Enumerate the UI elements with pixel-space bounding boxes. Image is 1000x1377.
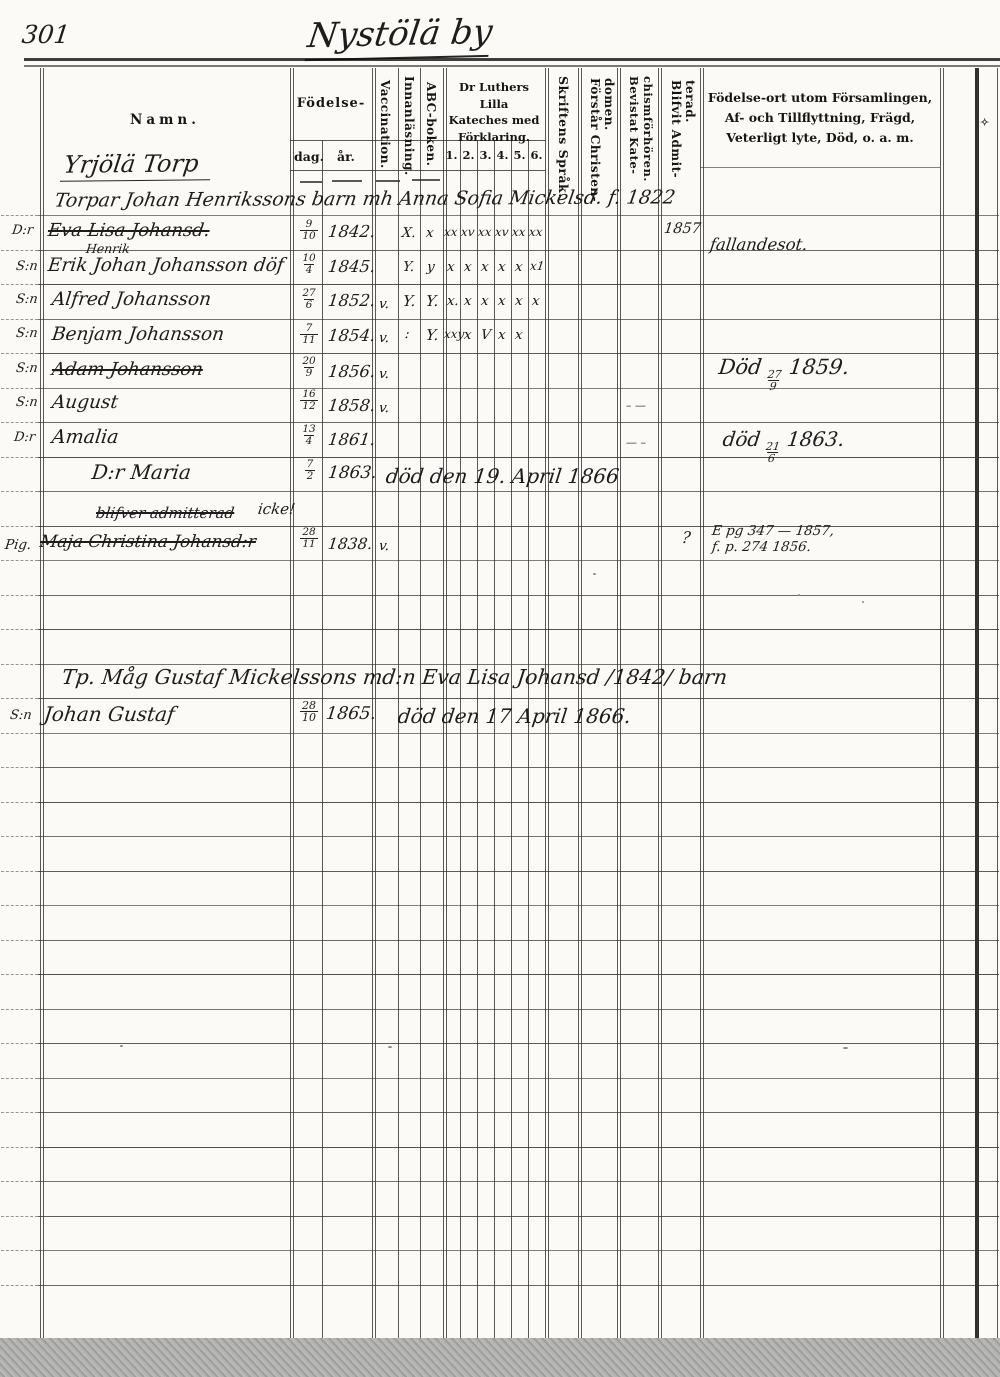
table-row: S:n Johan Gustaf 2810 1865. död den 17 A… xyxy=(0,698,1000,733)
grid-rule xyxy=(38,560,999,561)
column-header-abc-boken: ABC-boken. xyxy=(424,82,438,166)
mark-k2: x xyxy=(463,293,473,309)
mark-k6: x1 xyxy=(529,259,545,273)
birth-day: 72 xyxy=(298,459,322,482)
mark-k5: x xyxy=(514,293,524,309)
mark-k1: x xyxy=(446,259,456,275)
title-dash xyxy=(300,181,322,183)
mark-innanlasning: : xyxy=(404,326,411,342)
table-row: blifver admitterad icke! xyxy=(0,491,1000,526)
mark-k2: x xyxy=(463,327,473,343)
grid-rule xyxy=(1,1250,38,1251)
row-prefix: D:r xyxy=(11,223,34,238)
mark-k3: x xyxy=(480,293,490,309)
column-header-fodelse: Födelse- xyxy=(290,96,372,111)
person-name: Alfred Johansson xyxy=(51,289,213,310)
grid-rule xyxy=(1,836,38,837)
edge-mark: ✧ xyxy=(980,116,989,129)
birth-year: 1856. xyxy=(327,362,377,381)
birth-day: 910 xyxy=(296,219,322,242)
grid-rule xyxy=(38,1043,999,1044)
row-prefix: D:r xyxy=(13,430,36,445)
mark-abc: Y. xyxy=(425,326,440,344)
bevistat-dashes: — – xyxy=(625,436,647,449)
death-note-span: död den 19. April 1866 xyxy=(385,464,621,488)
kateches-col-1: 1. xyxy=(444,148,459,162)
row-prefix: S:n xyxy=(15,259,39,274)
note-icke: icke! xyxy=(257,500,296,518)
grid-rule xyxy=(38,871,999,872)
grid-rule xyxy=(120,1045,123,1047)
table-row: Henrik S:n Erik Johan Johansson döf 104 … xyxy=(0,249,1000,284)
birth-day: 276 xyxy=(296,288,322,311)
family-header-line: Tp. Måg Gustaf Mickelssons md:n Eva Lisa… xyxy=(61,665,729,689)
table-row: S:n August 1612 1858. v. – — xyxy=(0,387,1000,422)
mark-k3: V xyxy=(480,327,492,343)
remark-line2: f. p. 274 1856. xyxy=(711,539,812,555)
mark-vaccination: v. xyxy=(378,538,390,554)
grid-rule xyxy=(862,601,864,603)
grid-rule xyxy=(1,767,38,768)
kateches-col-4: 4. xyxy=(495,148,510,162)
mark-abc: y xyxy=(426,259,436,275)
mark-k2: x xyxy=(463,259,473,275)
grid-rule xyxy=(38,802,999,803)
birth-day: 134 xyxy=(296,424,322,447)
grid-rule xyxy=(38,1181,999,1182)
cancelled-note: blifver admitterad xyxy=(95,504,235,522)
mark-abc: Y. xyxy=(425,292,440,310)
admitted-year: 1857 xyxy=(663,221,702,237)
person-name: Adam Johansson xyxy=(51,359,205,380)
birth-year: 1861. xyxy=(327,430,377,449)
grid-rule xyxy=(290,170,545,171)
table-row: D:r Maria 72 1863. död den 19. April 186… xyxy=(0,456,1000,491)
row-prefix: S:n xyxy=(15,395,39,410)
table-row: S:n Adam Johansson 209 1856. v. Död 279 … xyxy=(0,353,1000,388)
table-row: D:r Amalia 134 1861. — – död 216 1863. xyxy=(0,422,1000,457)
kateches-col-5: 5. xyxy=(512,148,527,162)
grid-rule xyxy=(38,1216,999,1217)
table-row: D:r Eva Lisa Johansd. 910 1842. X. x xx … xyxy=(0,215,1000,250)
mark-innanlasning: X. xyxy=(401,225,417,241)
grid-rule xyxy=(1,1181,38,1182)
mark-k4: x xyxy=(497,327,507,343)
column-header-namn: Namn. xyxy=(40,112,290,128)
grid-rule xyxy=(38,1112,999,1113)
grid-rule xyxy=(38,836,999,837)
grid-rule xyxy=(1,905,38,906)
mark-k1: xx xyxy=(443,225,458,239)
birth-year: 1865. xyxy=(325,704,378,724)
mark-k6: xx xyxy=(528,225,543,239)
mark-vaccination: v. xyxy=(378,366,390,382)
row-prefix: S:n xyxy=(15,361,39,376)
mark-k5: x xyxy=(514,327,524,343)
grid-rule xyxy=(38,767,999,768)
kateches-col-6: 6. xyxy=(529,148,544,162)
grid-rule xyxy=(1,1078,38,1079)
row-prefix: S:n xyxy=(9,708,33,723)
column-header-bevistat-line1: Bevistat Kate- xyxy=(627,76,641,175)
mark-k3: xx xyxy=(477,225,492,239)
mark-innanlasning: Y. xyxy=(402,292,417,310)
person-name: Benjam Johansson xyxy=(51,324,226,345)
grid-rule xyxy=(38,629,999,630)
column-header-blifvit-line2: terad. xyxy=(683,80,697,123)
column-header-remarks: Födelse-ort utom Församlingen, Af- och T… xyxy=(702,88,938,148)
grid-rule xyxy=(38,1285,999,1286)
table-row: S:n Alfred Johansson 276 1852. v. Y. Y. … xyxy=(0,284,1000,319)
grid-rule xyxy=(1,802,38,803)
person-name: Maja Christina Johansd:r xyxy=(39,532,257,552)
grid-rule xyxy=(1,595,38,596)
grid-rule xyxy=(38,940,999,941)
grid-rule xyxy=(24,58,1000,61)
mark-k3: x xyxy=(480,259,490,275)
mark-k6: x xyxy=(531,293,541,309)
mark-k4: x xyxy=(497,293,507,309)
remark-line1: E pg 347 — 1857, xyxy=(711,523,835,539)
birth-year: 1858. xyxy=(327,396,377,415)
kateches-col-2: 2. xyxy=(461,148,476,162)
grid-rule xyxy=(843,1047,848,1049)
grid-rule xyxy=(38,905,999,906)
grid-rule xyxy=(1,1009,38,1010)
parish-register-page: 301 Nystölä by ✧ Namn. Födelse- dag. år.… xyxy=(0,0,1000,1377)
column-header-blifvit-line1: Blifvit Admit- xyxy=(669,80,683,178)
column-header-bevistat-line2: chismförhören. xyxy=(641,76,655,182)
grid-rule xyxy=(1,1285,38,1286)
scan-edge-band xyxy=(0,1338,1000,1377)
person-name: August xyxy=(51,392,120,413)
grid-rule xyxy=(1,974,38,975)
grid-rule xyxy=(24,65,1000,67)
section-title: Yrjölä Torp xyxy=(60,149,214,182)
column-header-vaccination: Vaccination. xyxy=(378,80,392,169)
column-header-skriftens-sprak: Skriftens Språk. xyxy=(556,76,570,198)
person-name: Eva Lisa Johansd. xyxy=(47,220,211,241)
mark-k2: xv xyxy=(460,225,475,239)
birth-year: 1854. xyxy=(327,326,377,345)
birth-year: 1838. xyxy=(327,535,374,553)
birth-year: 1852. xyxy=(327,291,377,310)
birth-day: 104 xyxy=(296,253,322,276)
title-dash xyxy=(332,180,362,182)
page-title: Nystölä by xyxy=(305,12,495,61)
grid-rule xyxy=(1,1043,38,1044)
mark-abc: x xyxy=(425,225,435,241)
birth-year: 1845. xyxy=(327,257,377,276)
column-header-kateches: Dr Luthers Lilla Kateches med Förklaring… xyxy=(443,79,545,146)
mark-vaccination: v. xyxy=(378,400,390,416)
title-dash xyxy=(412,179,440,181)
mark-innanlasning: Y. xyxy=(402,259,415,275)
grid-rule xyxy=(1,1147,38,1148)
grid-rule xyxy=(700,167,940,168)
page-number: 301 xyxy=(20,20,71,49)
person-name: Johan Gustaf xyxy=(43,702,177,726)
row-prefix: S:n xyxy=(15,292,39,307)
mark-k1: x. xyxy=(446,293,460,309)
grid-rule xyxy=(38,974,999,975)
mark-k5: x xyxy=(514,259,524,275)
grid-rule xyxy=(1,560,38,561)
grid-rule xyxy=(38,1009,999,1010)
grid-rule xyxy=(38,595,999,596)
grid-rule xyxy=(1,629,38,630)
grid-rule xyxy=(38,1147,999,1148)
mark-k4: xv xyxy=(494,225,509,239)
person-name: D:r Maria xyxy=(91,460,193,484)
birth-day: 209 xyxy=(296,356,322,379)
title-dash xyxy=(376,180,400,182)
table-row: S:n Benjam Johansson 711 1854. v. : Y. x… xyxy=(0,318,1000,353)
mark-vaccination: v. xyxy=(378,296,390,312)
bevistat-dashes: – — xyxy=(625,399,647,412)
row-prefix: Pig. xyxy=(4,537,32,553)
mark-k4: x xyxy=(497,259,507,275)
table-row: Pig. Maja Christina Johansd:r 2811 1838.… xyxy=(0,525,1000,560)
family-header-line: Torpar Johan Henrikssons barn mh Anna So… xyxy=(53,186,677,211)
birth-day: 1612 xyxy=(296,389,322,412)
birth-day: 711 xyxy=(296,323,322,346)
person-name: Amalia xyxy=(51,426,120,448)
grid-rule xyxy=(593,573,596,575)
grid-rule xyxy=(798,594,800,596)
row-prefix: S:n xyxy=(15,326,39,341)
column-header-ar: år. xyxy=(337,149,355,164)
mark-k1: xxy xyxy=(443,327,465,341)
birth-day: 2810 xyxy=(296,700,322,723)
birth-year: 1863. xyxy=(327,463,378,483)
grid-rule xyxy=(1,1216,38,1217)
column-header-dag: dag. xyxy=(294,149,324,164)
person-name: Erik Johan Johansson döf xyxy=(47,255,285,276)
grid-rule xyxy=(38,1250,999,1251)
grid-rule xyxy=(38,1078,999,1079)
interlinear-note: Henrik xyxy=(85,241,131,256)
mark-vaccination: v. xyxy=(378,330,390,346)
column-header-forstar-line1: Förstår Christen- xyxy=(588,78,602,202)
mark-k5: xx xyxy=(511,225,526,239)
grid-rule xyxy=(1,871,38,872)
birth-year: 1842. xyxy=(327,222,377,241)
grid-rule xyxy=(388,1046,392,1048)
column-header-forstar-line2: domen. xyxy=(602,78,616,131)
grid-rule xyxy=(1,940,38,941)
death-note-span: död den 17 April 1866. xyxy=(397,704,633,728)
table-row: Tp. Måg Gustaf Mickelssons md:n Eva Lisa… xyxy=(0,663,1000,698)
admitted-query: ? xyxy=(681,528,692,547)
kateches-col-3: 3. xyxy=(478,148,493,162)
grid-rule xyxy=(1,1112,38,1113)
birth-day: 2811 xyxy=(296,527,322,550)
column-header-innanlasning: Innanläsning. xyxy=(402,76,416,176)
